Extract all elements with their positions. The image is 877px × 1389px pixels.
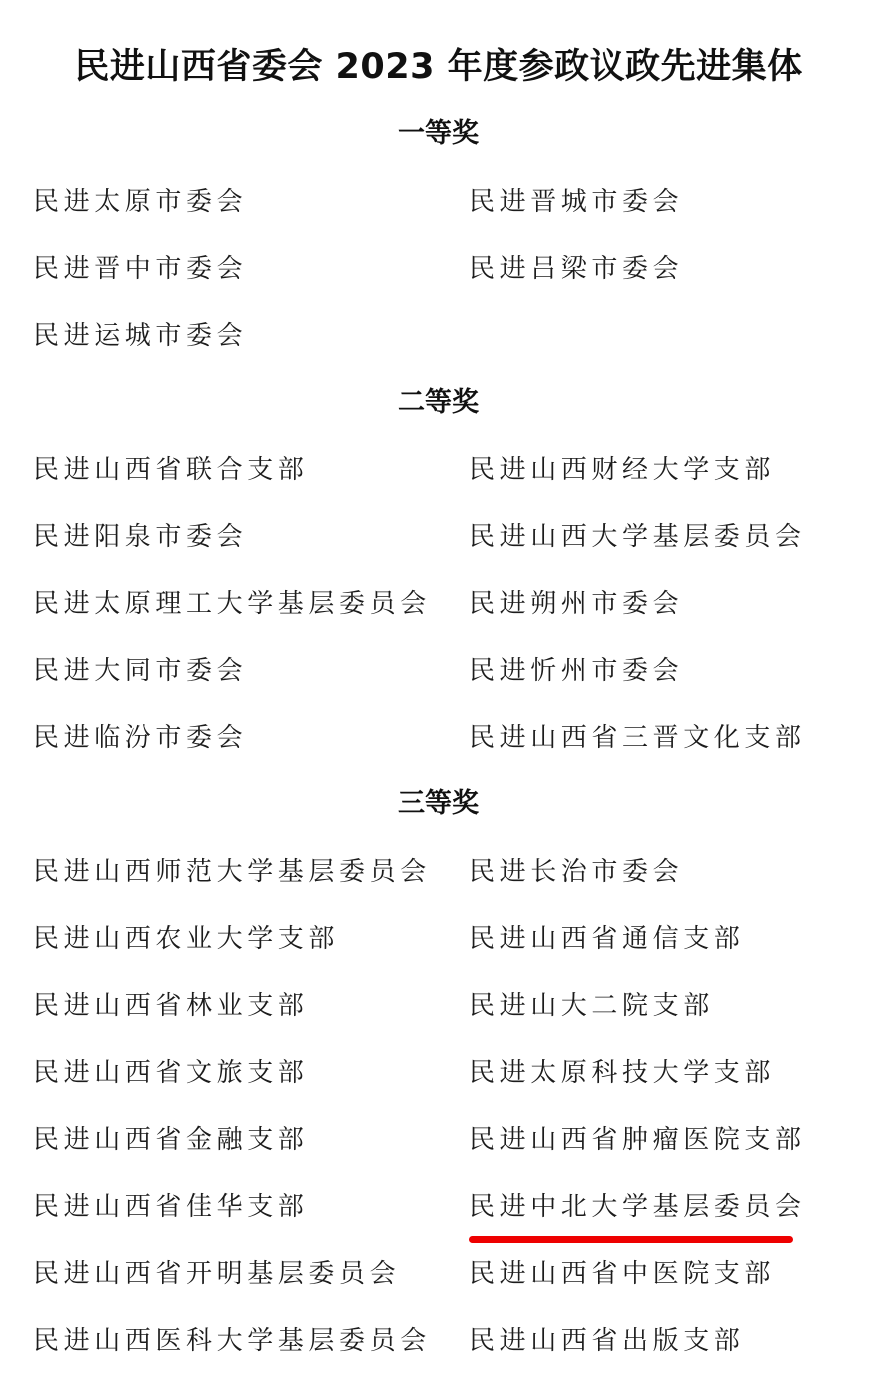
list-item: 民进山大二院支部 — [469, 988, 714, 1024]
list-item: 民进太原科技大学支部 — [469, 1055, 775, 1091]
list-item: 民进晋城市委会 — [469, 184, 683, 220]
list-item: 民进山西省文旅支部 — [33, 1055, 308, 1091]
list-item: 民进山西大学基层委员会 — [469, 519, 806, 555]
list-item: 民进山西省出版支部 — [469, 1323, 744, 1359]
list-item: 民进阳泉市委会 — [33, 519, 247, 555]
highlighted-list-item: 民进中北大学基层委员会 — [469, 1189, 806, 1225]
list-item: 民进太原理工大学基层委员会 — [33, 586, 431, 622]
list-item: 民进山西省开明基层委员会 — [33, 1256, 400, 1292]
list-item: 民进太原市委会 — [33, 184, 247, 220]
list-item: 民进长治市委会 — [469, 854, 683, 890]
list-item: 民进山西师范大学基层委员会 — [33, 854, 431, 890]
list-item: 民进大同市委会 — [33, 653, 247, 689]
list-item: 民进晋中市委会 — [33, 251, 247, 287]
list-item: 民进山西省三晋文化支部 — [469, 720, 806, 756]
list-item: 民进山西医科大学基层委员会 — [33, 1323, 431, 1359]
list-item: 民进吕梁市委会 — [469, 251, 683, 287]
list-item: 民进山西财经大学支部 — [469, 452, 775, 488]
list-item: 民进山西省联合支部 — [33, 452, 308, 488]
list-item: 民进忻州市委会 — [469, 653, 683, 689]
list-item: 民进山西省金融支部 — [33, 1122, 308, 1158]
page-title: 民进山西省委会 2023 年度参政议政先进集体 — [0, 43, 877, 91]
section-heading: 一等奖 — [0, 116, 877, 152]
list-item: 民进山西省肿瘤医院支部 — [469, 1122, 806, 1158]
list-item: 民进运城市委会 — [33, 318, 247, 354]
list-item: 民进山西农业大学支部 — [33, 921, 339, 957]
list-item: 民进山西省通信支部 — [469, 921, 744, 957]
section-heading: 三等奖 — [0, 786, 877, 822]
list-item: 民进临汾市委会 — [33, 720, 247, 756]
list-item: 民进朔州市委会 — [469, 586, 683, 622]
list-item: 民进山西省佳华支部 — [33, 1189, 308, 1225]
red-underline-highlight — [469, 1236, 793, 1243]
section-heading: 二等奖 — [0, 385, 877, 421]
list-item: 民进山西省中医院支部 — [469, 1256, 775, 1292]
list-item: 民进山西省林业支部 — [33, 988, 308, 1024]
